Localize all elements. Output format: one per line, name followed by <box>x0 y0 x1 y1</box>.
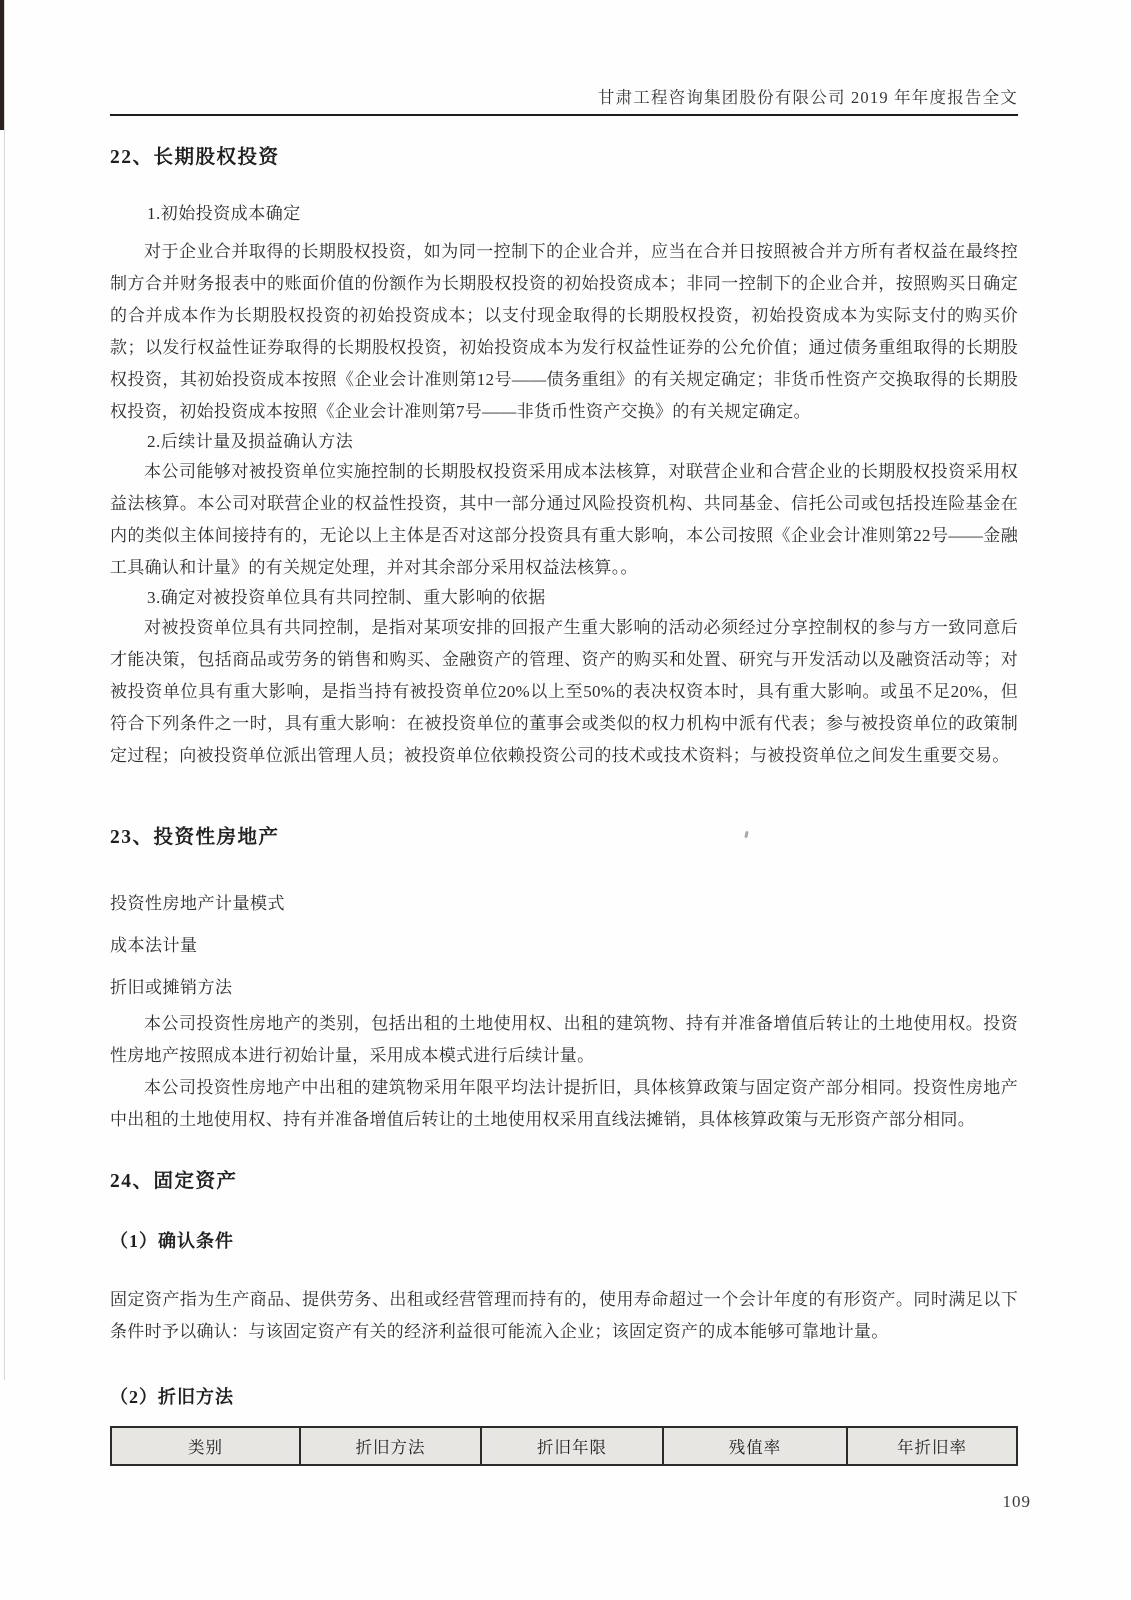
table-header-category: 类别 <box>111 1427 300 1465</box>
section-23-line-cost-method: 成本法计量 <box>110 934 1018 958</box>
scan-edge-line-artifact <box>4 0 5 1380</box>
depreciation-table-header-row: 类别 折旧方法 折旧年限 残值率 年折旧率 <box>111 1427 1017 1465</box>
depreciation-table: 类别 折旧方法 折旧年限 残值率 年折旧率 <box>110 1426 1018 1466</box>
section-22-subheading-2: 2.后续计量及损益确认方法 <box>110 430 1018 454</box>
table-header-annual-depreciation-rate: 年折旧率 <box>847 1427 1017 1465</box>
running-header: 甘肃工程咨询集团股份有限公司 2019 年年度报告全文 <box>110 84 1018 108</box>
header-rule <box>110 114 1018 116</box>
section-23-paragraph-2: 本公司投资性房地产中出租的建筑物采用年限平均法计提折旧，具体核算政策与固定资产部… <box>110 1072 1018 1136</box>
document-page: 甘肃工程咨询集团股份有限公司 2019 年年度报告全文 22、长期股权投资 1.… <box>0 0 1131 1600</box>
section-23-line-depreciation-method: 折旧或摊销方法 <box>110 976 1018 1000</box>
section-24-heading: 24、固定资产 <box>110 1168 1018 1196</box>
section-22-subheading-1: 1.初始投资成本确定 <box>110 202 1018 226</box>
section-24-subheading-1: （1）确认条件 <box>110 1228 1018 1254</box>
section-24-paragraph-1: 固定资产指为生产商品、提供劳务、出租或经营管理而持有的，使用寿命超过一个会计年度… <box>110 1284 1018 1348</box>
page-content: 甘肃工程咨询集团股份有限公司 2019 年年度报告全文 22、长期股权投资 1.… <box>110 0 1018 1466</box>
table-header-depreciation-years: 折旧年限 <box>481 1427 663 1465</box>
section-22-heading: 22、长期股权投资 <box>110 144 1018 172</box>
table-header-depreciation-method: 折旧方法 <box>300 1427 481 1465</box>
section-22-paragraph-2: 本公司能够对被投资单位实施控制的长期股权投资采用成本法核算，对联营企业和合营企业… <box>110 456 1018 584</box>
table-header-residual-rate: 残值率 <box>663 1427 847 1465</box>
section-24-subheading-2: （2）折旧方法 <box>110 1384 1018 1410</box>
section-23-line-measurement-mode: 投资性房地产计量模式 <box>110 892 1018 916</box>
page-number: 109 <box>1003 1492 1032 1512</box>
section-23-heading: 23、投资性房地产 <box>110 824 1018 852</box>
section-22-subheading-3: 3.确定对被投资单位具有共同控制、重大影响的依据 <box>110 586 1018 610</box>
section-22-paragraph-3: 对被投资单位具有共同控制，是指对某项安排的回报产生重大影响的活动必须经过分享控制… <box>110 612 1018 772</box>
running-header-title: 甘肃工程咨询集团股份有限公司 2019 年年度报告全文 <box>598 88 1018 107</box>
section-22-paragraph-1: 对于企业合并取得的长期股权投资，如为同一控制下的企业合并，应当在合并日按照被合并… <box>110 236 1018 428</box>
section-23-paragraph-1: 本公司投资性房地产的类别，包括出租的土地使用权、出租的建筑物、持有并准备增值后转… <box>110 1008 1018 1072</box>
